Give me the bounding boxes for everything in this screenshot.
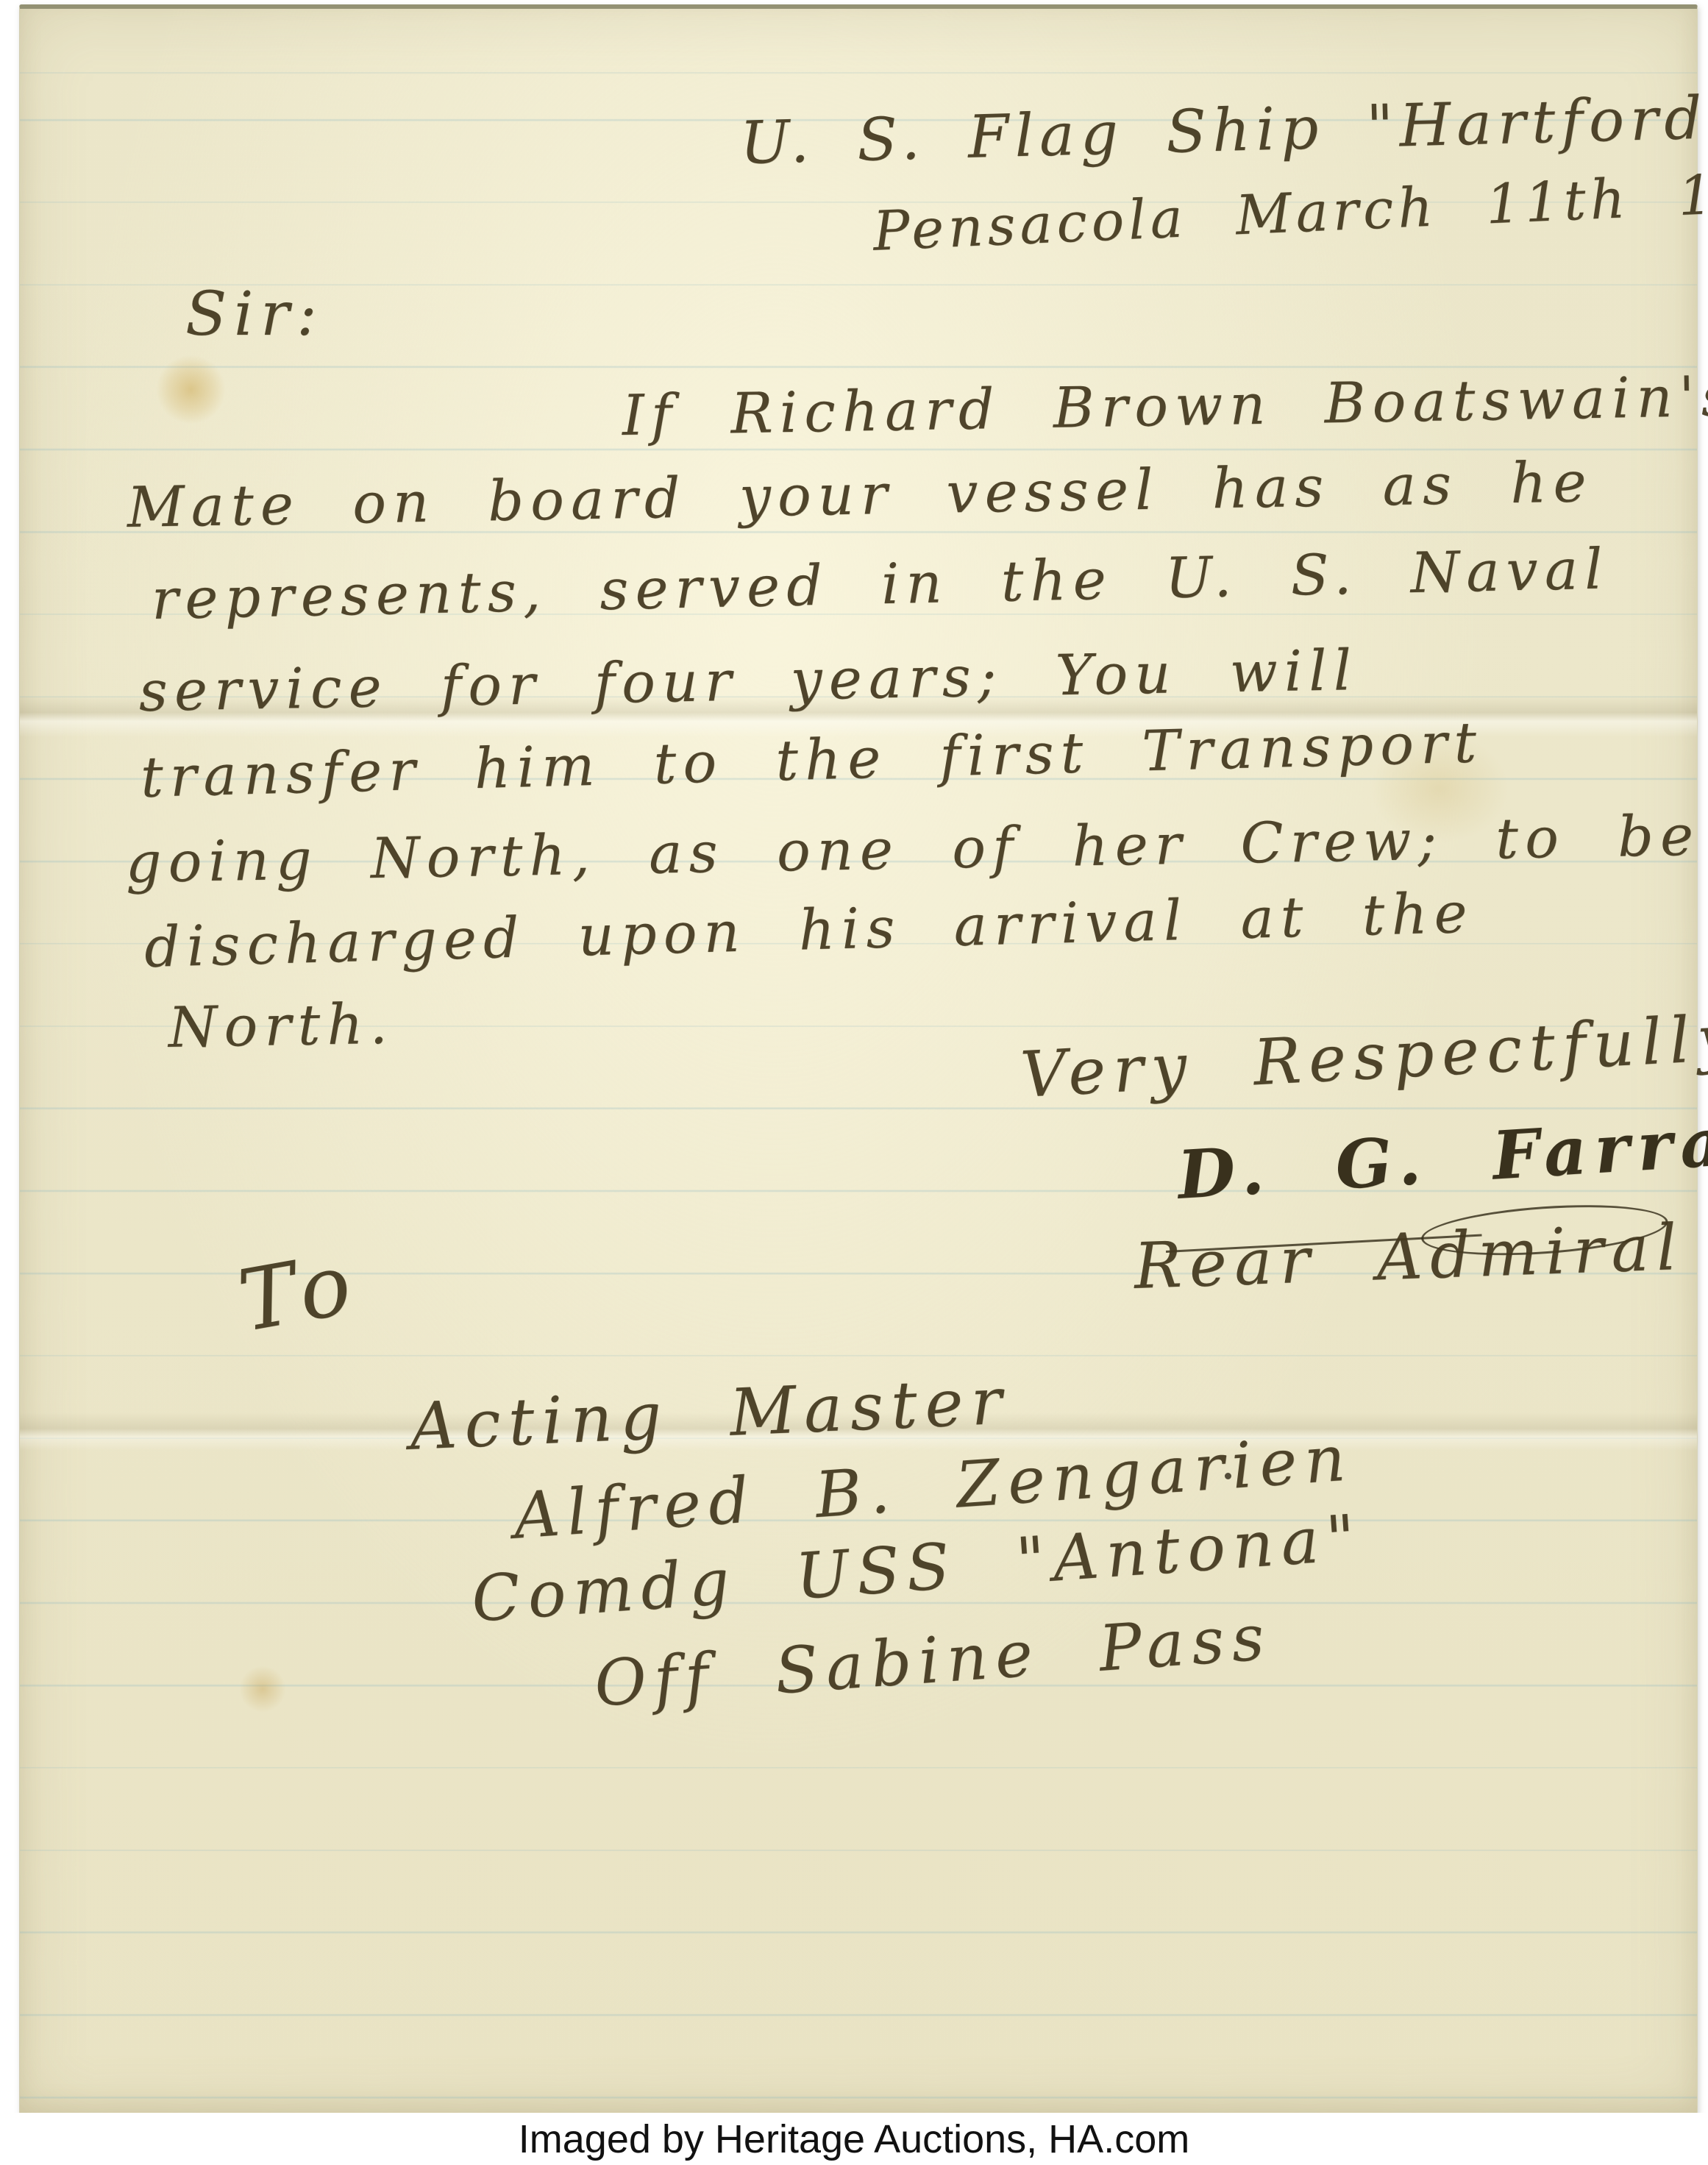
- salutation: Sir:: [185, 280, 324, 349]
- credit-text: Imaged by Heritage Auctions, HA.com: [519, 2116, 1189, 2162]
- address-to: To: [232, 1233, 368, 1351]
- credit-bar: Imaged by Heritage Auctions, HA.com: [0, 2113, 1708, 2165]
- scanned-letter-image: U. S. Flag Ship "Hartford" Pensacola Mar…: [0, 0, 1708, 2165]
- body-line-8: North.: [168, 991, 394, 1060]
- paper-stain: [156, 355, 226, 424]
- paper-stain: [239, 1665, 286, 1713]
